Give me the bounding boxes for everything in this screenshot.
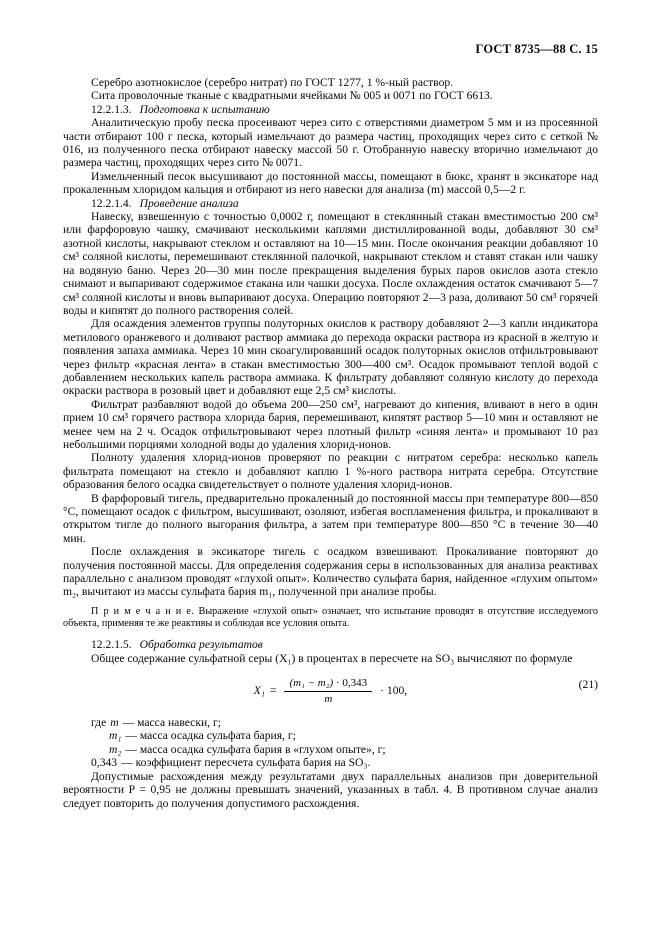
page-header: ГОСТ 8735—88 С. 15 [63, 42, 598, 56]
section-title: Проведение анализа [140, 197, 239, 210]
formula-equals-sign: = [270, 684, 277, 697]
document-page: ГОСТ 8735—88 С. 15 Серебро азотнокислое … [0, 0, 661, 936]
paragraph-formula-intro: Общее содержание сульфатной серы (X₁) в … [63, 652, 598, 665]
equation-number: (21) [579, 678, 598, 691]
legend-definition: — масса осадка сульфата бария, г; [125, 729, 295, 742]
formula-numerator-coefficient: · 0,343 [336, 677, 367, 689]
formula-lhs-variable: X₁ [254, 684, 265, 697]
section-title: Подготовка к испытанию [140, 103, 270, 116]
paragraph-sample-preparation: Аналитическую пробу песка просеивают чер… [63, 116, 598, 170]
note-label: П р и м е ч а н и е. [91, 606, 194, 617]
formula-numerator: (m₁ − m₂) · 0,343 [284, 677, 372, 692]
note-block: П р и м е ч а н и е. Выражение «глухой о… [63, 606, 598, 630]
section-number: 12.2.1.5. [91, 638, 132, 651]
paragraph-sample-drying: Измельченный песок высушивают до постоян… [63, 170, 598, 197]
paragraph-crucible-calcination: В фарфоровый тигель, предварительно прок… [63, 492, 598, 546]
section-heading-12-2-1-5: 12.2.1.5.Обработка результатов [63, 638, 598, 651]
paragraph-analysis-weighing: Навеску, взвешенную с точностью 0,0002 г… [63, 210, 598, 317]
paragraph-permissible-discrepancy: Допустимые расхождения между результатам… [63, 770, 598, 810]
formula-numerator-variables: (m₁ − m₂) [289, 677, 333, 689]
legend-line-m1: m₁— масса осадка сульфата бария, г; [63, 729, 598, 742]
legend-definition: — масса навески, г; [123, 716, 221, 729]
paragraph-weighing-blank-test: После охлаждения в эксикаторе тигель с о… [63, 545, 598, 599]
section-number: 12.2.1.3. [91, 103, 132, 116]
formula-expression: X₁ = (m₁ − m₂) · 0,343 m · 100, [254, 677, 407, 706]
formula-legend: гдеm— масса навески, г; m₁— масса осадка… [63, 716, 598, 770]
legend-lead: где [91, 716, 106, 729]
paragraph-reagent-sieves: Сита проволочные тканые с квадратными яч… [63, 89, 598, 102]
note-paragraph: П р и м е ч а н и е. Выражение «глухой о… [63, 606, 598, 630]
formula-denominator: m [324, 692, 332, 706]
standard-number: ГОСТ 8735—88 С. 15 [475, 42, 598, 56]
formula-fraction: (m₁ − m₂) · 0,343 m [284, 677, 372, 706]
legend-line-m2: m₂— масса осадка сульфата бария в «глухо… [63, 743, 598, 756]
legend-term: m₁ [109, 729, 121, 742]
legend-line-m: гдеm— масса навески, г; [63, 716, 598, 729]
section-heading-12-2-1-3: 12.2.1.3.Подготовка к испытанию [63, 103, 598, 116]
legend-line-coefficient: 0,343— коэффициент пересчета сульфата ба… [63, 756, 598, 769]
legend-term: 0,343 [91, 756, 117, 769]
paragraph-sesquioxide-precipitation: Для осаждения элементов группы полуторны… [63, 317, 598, 397]
legend-term: m [110, 716, 118, 729]
formula-multiplier: · 100, [380, 684, 407, 697]
legend-term: m₂ [109, 743, 121, 756]
legend-definition: — масса осадка сульфата бария в «глухом … [125, 743, 385, 756]
section-number: 12.2.1.4. [91, 197, 132, 210]
paragraph-filtrate-barium-chloride: Фильтрат разбавляют водой до объема 200—… [63, 398, 598, 452]
paragraph-reagent-silver-nitrate: Серебро азотнокислое (серебро нитрат) по… [63, 76, 598, 89]
paragraph-chloride-ion-check: Полноту удаления хлорид-ионов проверяют … [63, 451, 598, 491]
section-title: Обработка результатов [140, 638, 263, 651]
formula-21-row: X₁ = (m₁ − m₂) · 0,343 m · 100, (21) [63, 674, 598, 708]
section-heading-12-2-1-4: 12.2.1.4.Проведение анализа [63, 197, 598, 210]
document-body: Серебро азотнокислое (серебро нитрат) по… [63, 76, 598, 810]
legend-definition: — коэффициент пересчета сульфата бария н… [121, 756, 370, 769]
